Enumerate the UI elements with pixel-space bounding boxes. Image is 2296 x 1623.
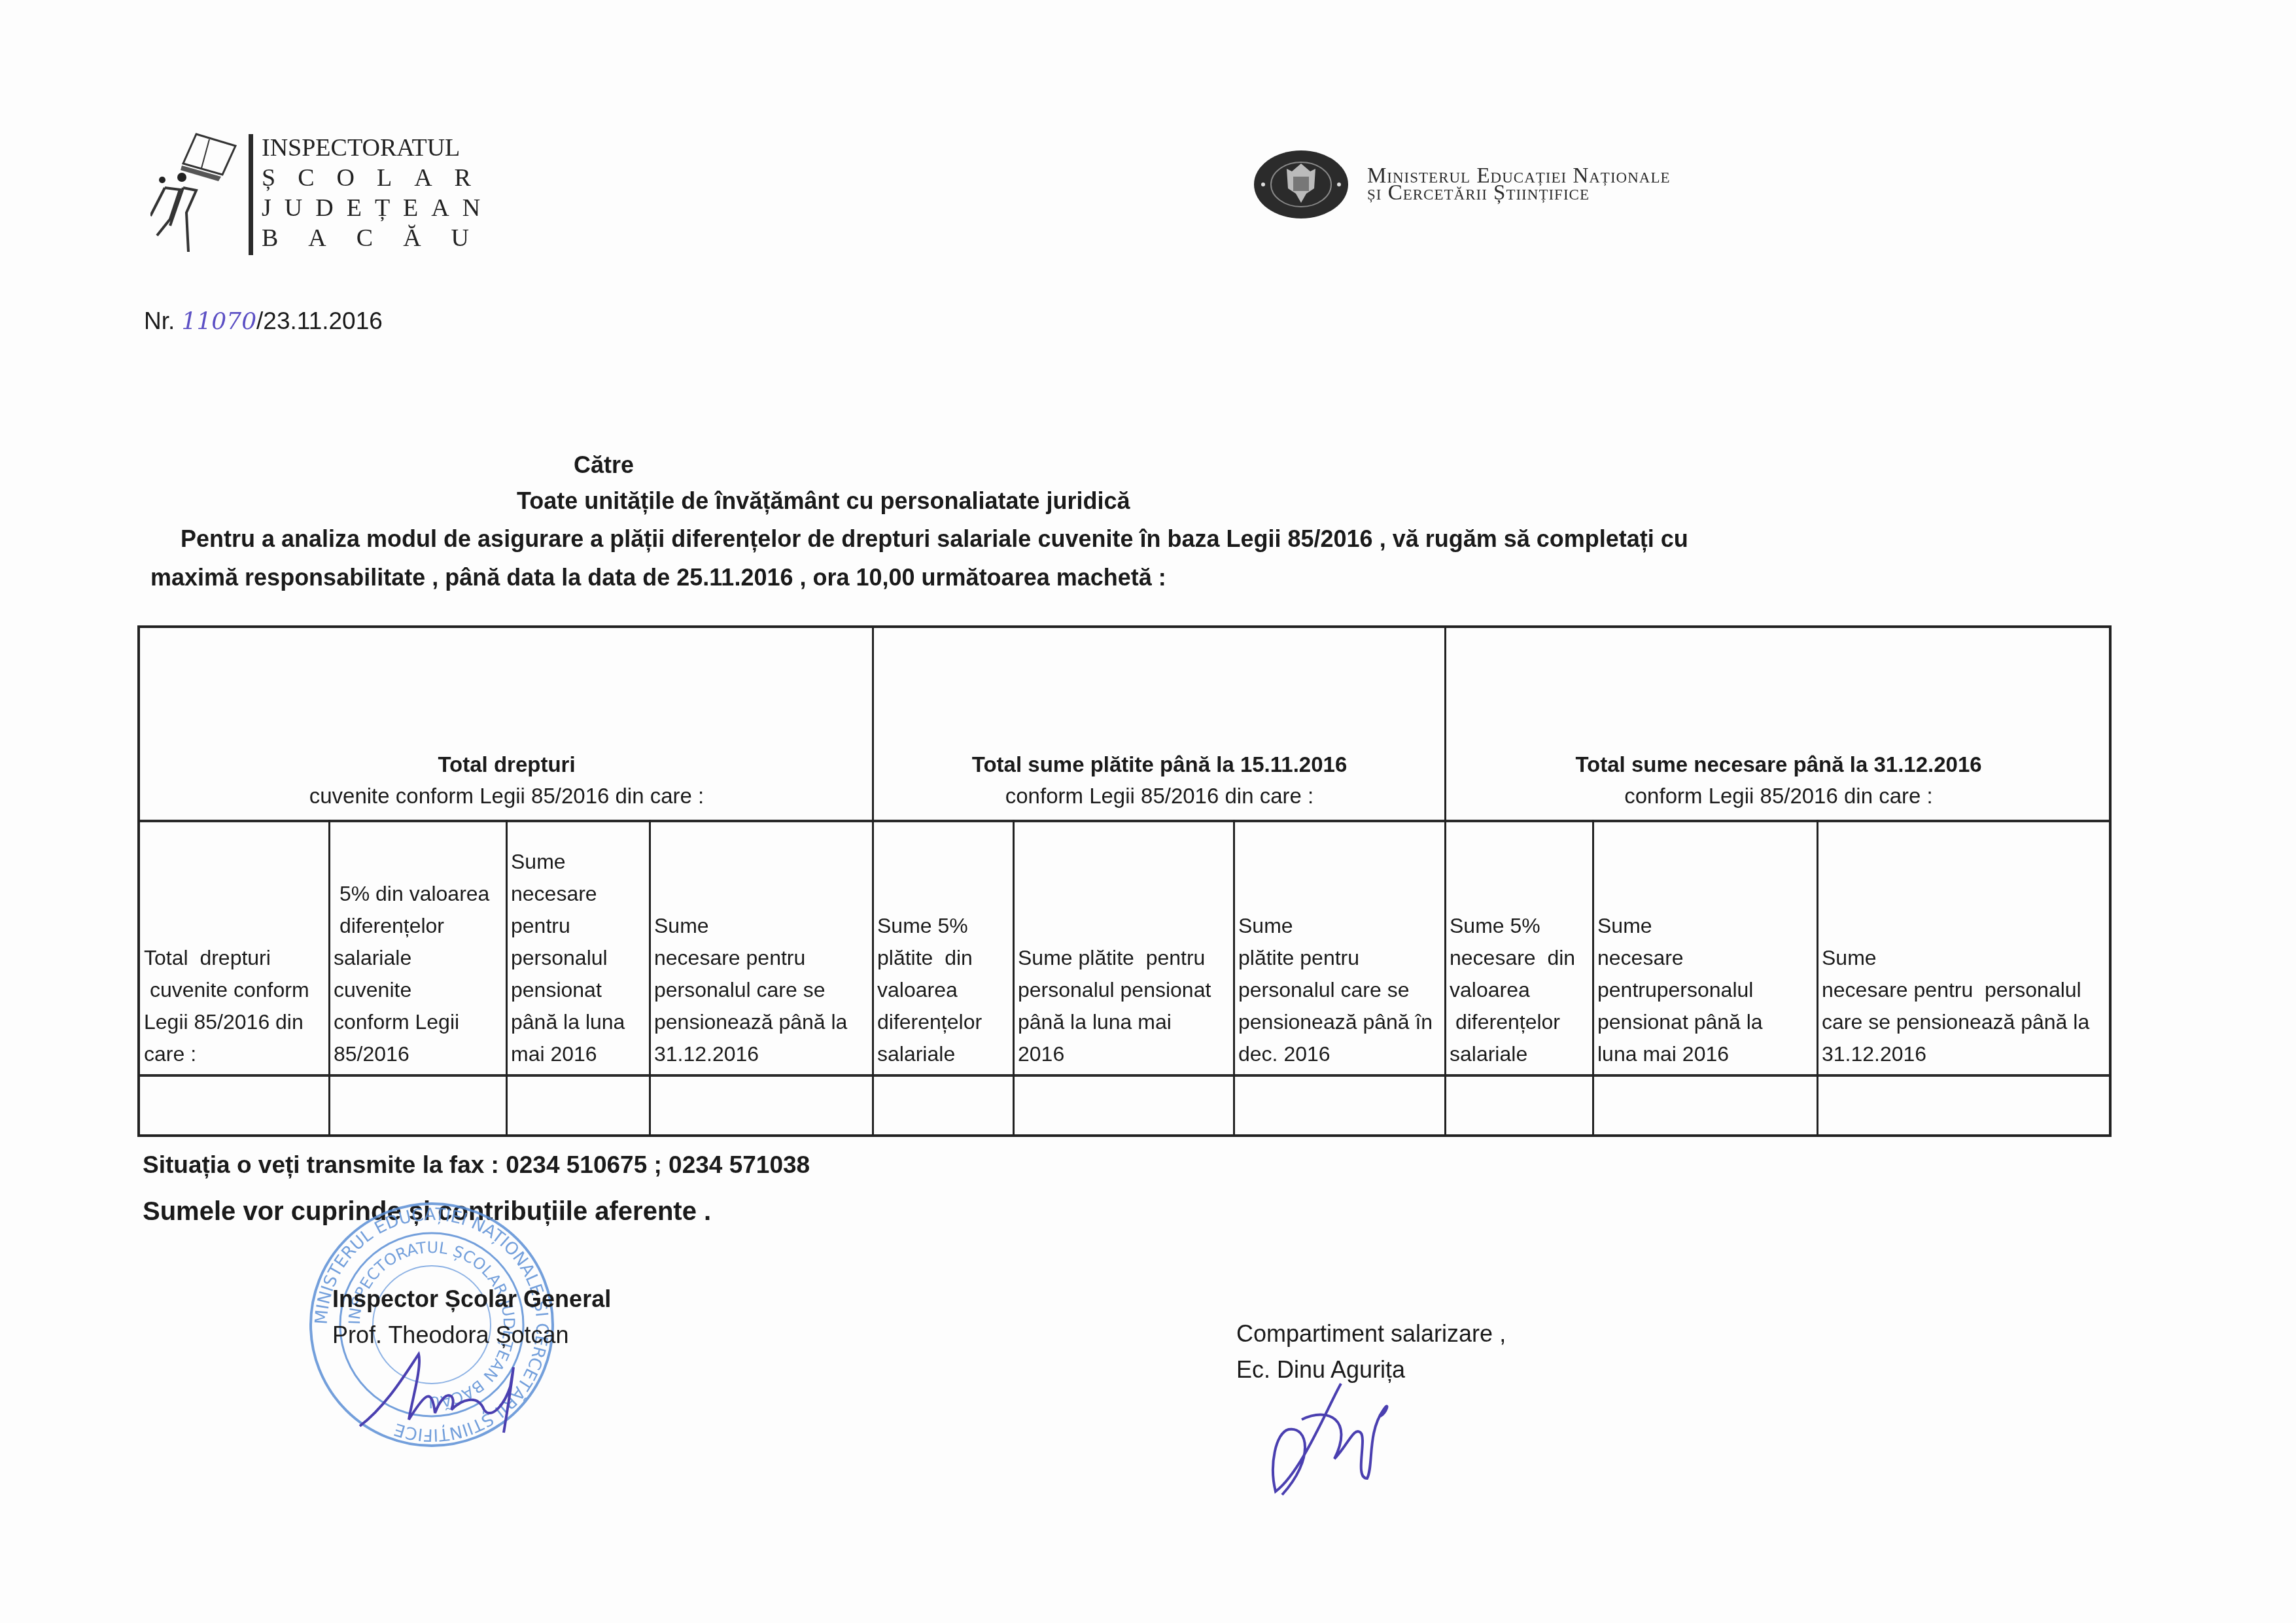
document-date: /23.11.2016 [256,307,383,334]
column-header-line: personalul care se [654,974,872,1006]
column-header-line: Sume plătite pentru [1018,942,1233,974]
table-data-cell[interactable] [1236,1077,1444,1134]
table-row-divider [140,1074,2109,1077]
column-header-line: 5% din valoarea [334,878,506,910]
group-title: Total sume necesare până la 31.12.2016 [1446,749,2112,780]
document-number: Nr. 11070/23.11.2016 [144,307,383,335]
group-subtitle: conform Legii 85/2016 din care : [1446,780,2112,812]
column-header-line: necesare [511,878,649,910]
table-data-cell[interactable] [1448,1077,1592,1134]
group-subtitle: conform Legii 85/2016 din care : [873,780,1446,812]
romanian-government-emblem-icon [1253,149,1349,220]
table-column-divider [1592,820,1594,1137]
book-figures-icon [150,128,245,252]
table-data-cell[interactable] [332,1077,505,1134]
column-header-line: salariale [1450,1038,1592,1070]
handwritten-registration-number: 11070 [182,308,257,335]
table-group-divider [1444,628,1446,1134]
column-header-line: care se pensionează până la [1822,1006,2110,1038]
table-column-header: Sumenecesare pentru personalulcare se pe… [1819,822,2110,1074]
group-title: Total drepturi [140,749,873,780]
table-column-header: Sume 5%necesare dinvaloarea diferențelor… [1447,822,1592,1074]
table-data-cell[interactable] [1595,1077,1816,1134]
table-column-header: Sumeplătite pentrupersonalul care sepens… [1236,822,1444,1074]
column-header-line: Sume [511,846,649,878]
table-column-header: Sumenecesare pentrupersonalul care sepen… [652,822,872,1074]
column-header-line: Sume [1822,942,2110,974]
column-header-line: pentrupersonalul [1597,974,1817,1006]
table-column-header: Total drepturi cuvenite conformLegii 85/… [141,822,328,1074]
column-header-line: plătite pentru [1238,942,1444,974]
column-header-line: conform Legii [334,1006,506,1038]
isj-logo-text: INSPECTORATUL ȘCOLAR JUDEȚEAN BACĂU [262,133,499,253]
table-column-header: Sume plătite pentrupersonalul pensionatp… [1015,822,1233,1074]
column-header-line: Sume 5% [1450,910,1592,942]
table-data-cell[interactable] [1016,1077,1232,1134]
column-header-line: Legii 85/2016 din [144,1006,328,1038]
table-data-cell[interactable] [509,1077,648,1134]
column-header-line: necesare [1597,942,1817,974]
signature-icon [1262,1380,1419,1505]
column-header-line: diferențelor [334,910,506,942]
addressee-recipients: Toate unitățile de învățământ cu persona… [517,487,1130,515]
column-header-line: care : [144,1038,328,1070]
table-column-divider [1013,820,1015,1137]
payroll-officer-name: Ec. Dinu Agurița [1236,1356,1405,1384]
column-header-line: cuvenite [334,974,506,1006]
signature-icon [347,1348,543,1439]
column-header-line: pensionează până la [654,1006,872,1038]
column-header-line: pensionat până la [1597,1006,1817,1038]
table-data-cell[interactable] [875,1077,1012,1134]
column-header-line: dec. 2016 [1238,1038,1444,1070]
table-column-header: Sumenecesarepentrupersonalulpensionatpân… [508,822,649,1074]
column-header-line: pentru [511,910,649,942]
payroll-department: Compartiment salarizare , [1236,1320,1506,1348]
signatory-name: Prof. Theodora Șotcan [332,1321,569,1349]
column-header-line: personalul care se [1238,974,1444,1006]
signatory-title: Inspector Școlar General [332,1285,611,1313]
group-subtitle: cuvenite conform Legii 85/2016 din care … [140,780,873,812]
ministry-name: Ministerul Educației Naționale și Cercet… [1367,167,1670,201]
table-group-header: Total drepturicuvenite conform Legii 85/… [140,749,873,812]
column-header-line: Total drepturi [144,942,328,974]
logo-line: BACĂU [262,223,499,253]
column-header-line: 31.12.2016 [1822,1038,2110,1070]
number-prefix: Nr. [144,307,175,334]
column-header-line: diferențelor [877,1006,1013,1038]
table-group-header: Total sume necesare până la 31.12.2016co… [1446,749,2112,812]
table-group-divider [872,628,874,1134]
table-column-header: 5% din valoarea diferențelorsalarialecuv… [331,822,506,1074]
intro-paragraph-line-2: maximă responsabilitate , până data la d… [150,564,1166,591]
isj-bacau-logo: INSPECTORATUL ȘCOLAR JUDEȚEAN BACĂU [150,128,464,258]
column-header-line: 85/2016 [334,1038,506,1070]
table-column-divider [1817,820,1818,1137]
table-data-cell[interactable] [652,1077,871,1134]
column-header-line: salariale [334,942,506,974]
logo-line: ȘCOLAR [262,163,499,193]
table-column-header: Sume 5%plătite dinvaloareadiferențelorsa… [875,822,1013,1074]
salary-differences-form-table: Total drepturicuvenite conform Legii 85/… [137,625,2112,1137]
column-header-line: plătite din [877,942,1013,974]
column-header-line: pensionat [511,974,649,1006]
column-header-line: personalul pensionat [1018,974,1233,1006]
ministry-logo: Ministerul Educației Naționale și Cercet… [1253,149,1841,221]
column-header-line: Sume 5% [877,910,1013,942]
column-header-line: până la luna mai [1018,1006,1233,1038]
logo-line: INSPECTORATUL [262,133,499,163]
column-header-line: Sume [654,910,872,942]
column-header-line: diferențelor [1450,1006,1592,1038]
column-header-line: cuvenite conform [144,974,328,1006]
column-header-line: necesare pentru personalul [1822,974,2110,1006]
table-column-divider [1233,820,1235,1137]
column-header-line: necesare pentru [654,942,872,974]
addressee-label: Către [574,451,634,479]
column-header-line: până la luna [511,1006,649,1038]
column-header-line: 2016 [1018,1038,1233,1070]
column-header-line: Sume [1597,910,1817,942]
logo-line: JUDEȚEAN [262,193,499,223]
column-header-line: necesare din [1450,942,1592,974]
column-header-line: valoarea [1450,974,1592,1006]
logo-divider [249,134,253,255]
group-title: Total sume plătite până la 15.11.2016 [873,749,1446,780]
table-data-cell[interactable] [142,1077,328,1134]
fax-instructions: Situația o veți transmite la fax : 0234 … [143,1151,810,1179]
column-header-line: luna mai 2016 [1597,1038,1817,1070]
table-column-divider [506,820,508,1137]
column-header-line: personalul [511,942,649,974]
table-column-divider [328,820,330,1137]
column-header-line: Sume [1238,910,1444,942]
table-column-divider [649,820,651,1137]
table-data-cell[interactable] [1820,1077,2110,1134]
column-header-line: salariale [877,1038,1013,1070]
table-group-header: Total sume plătite până la 15.11.2016con… [873,749,1446,812]
table-column-header: Sumenecesarepentrupersonalulpensionat pâ… [1595,822,1817,1074]
column-header-line: pensionează până în [1238,1006,1444,1038]
column-header-line: mai 2016 [511,1038,649,1070]
column-header-line: valoarea [877,974,1013,1006]
intro-paragraph-line-1: Pentru a analiza modul de asigurare a pl… [181,525,1688,553]
column-header-line: 31.12.2016 [654,1038,872,1070]
